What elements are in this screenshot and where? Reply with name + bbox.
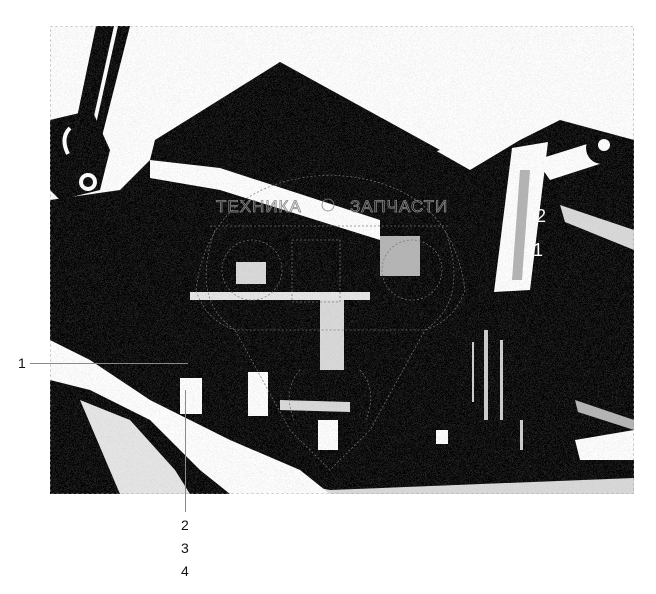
machine-photo: 2 1 xyxy=(0,0,656,594)
callout-4: 4 xyxy=(181,564,189,578)
callout-2: 2 xyxy=(181,518,189,532)
callout-3: 3 xyxy=(181,541,189,555)
callout-2-3-4-leader xyxy=(185,390,186,512)
callout-1-leader xyxy=(30,363,188,364)
callout-1: 1 xyxy=(18,356,26,370)
